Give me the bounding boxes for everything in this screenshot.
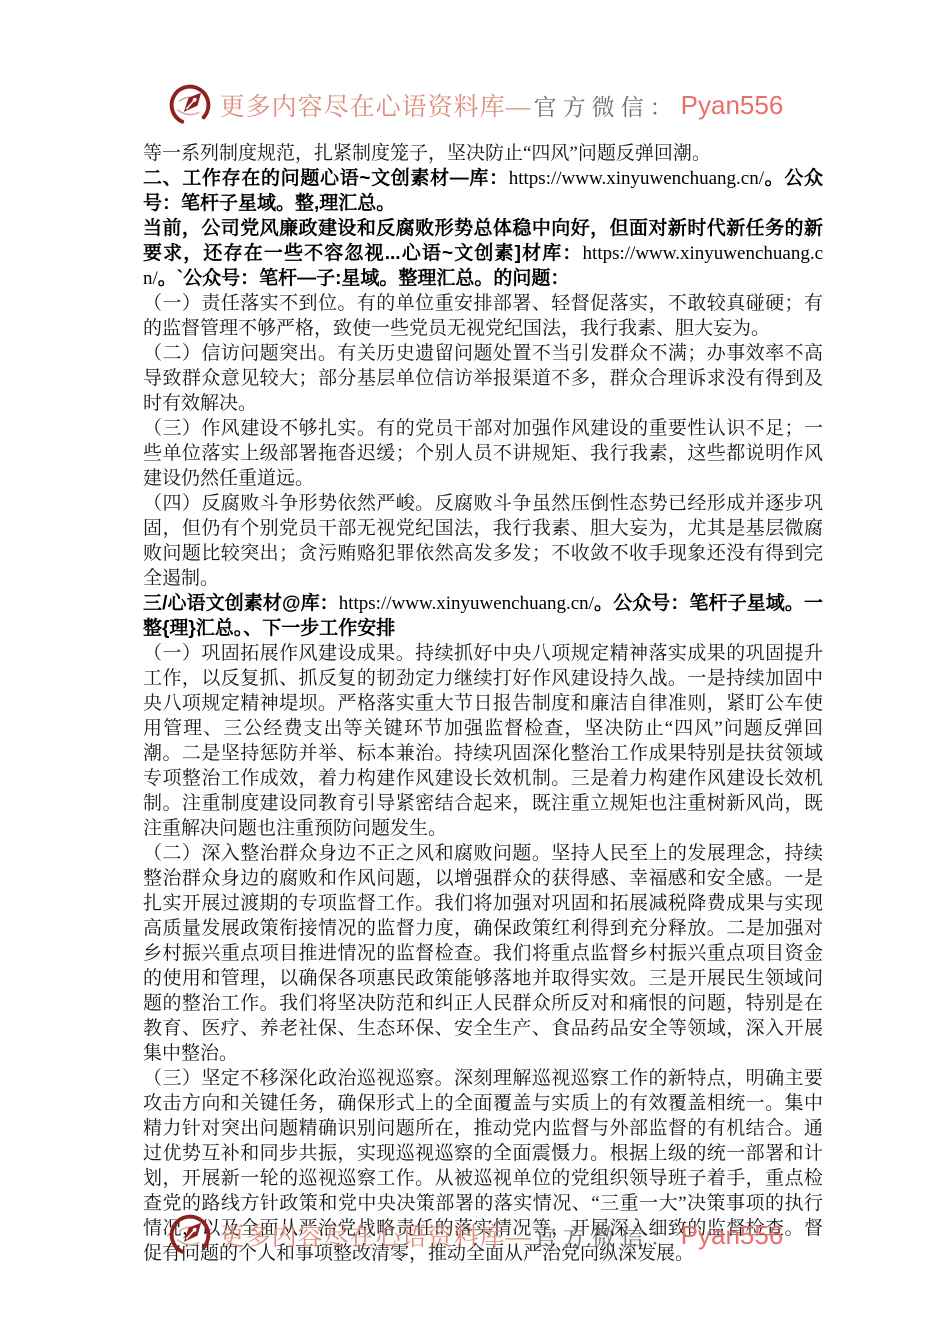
header-watermark: 更多内容尽在心语资料库— 官方微信： Pyan556 (0, 82, 950, 128)
document-page: 更多内容尽在心语资料库— 官方微信： Pyan556 等一系列制度规范，扎紧制度… (0, 0, 950, 1344)
paragraph-problem-1: （一）责任落实不到位。有的单位重安排部署、轻督促落实，不敢较真碰硬；有的监督管理… (143, 291, 823, 341)
watermark-slogan: 更多内容尽在心语资料库— (220, 1217, 532, 1253)
paragraph-plan-1: （一）巩固拓展作风建设成果。持续抓好中央八项规定精神落实成果的巩固提升工作，以反… (143, 641, 823, 841)
paragraph-current-situation: 当前，公司党风廉政建设和反腐败形势总体稳中向好，但面对新时代新任务的新要求，还存… (143, 216, 823, 291)
pen-nib-circle-icon (167, 82, 213, 128)
paragraph-problem-3: （三）作风建设不够扎实。有的党员干部对加强作风建设的重要性认识不足；一些单位落实… (143, 416, 823, 491)
wechat-label: 官方微信： (534, 89, 679, 122)
paragraph-plan-2: （二）深入整治群众身边不正之风和腐败问题。坚持人民至上的发展理念，持续整治群众身… (143, 841, 823, 1066)
paragraph-text-post: 。`公众号：笔杆—子:星域。整理汇总。的问题： (158, 268, 570, 289)
watermark-slogan: 更多内容尽在心语资料库— (220, 87, 532, 123)
url-text: https://www.xinyuwenchuang.cn/ (509, 168, 764, 189)
heading-text-pre: 二、工作存在的问题心语~文创素材—库： (143, 168, 509, 189)
paragraph-problem-2: （二）信访问题突出。有关历史遗留问题处置不当引发群众不满；办事效率不高导致群众意… (143, 341, 823, 416)
paragraph-intro-tail: 等一系列制度规范，扎紧制度笼子，坚决防止“四风”问题反弹回潮。 (143, 141, 823, 166)
wechat-label: 官方微信： (534, 1219, 679, 1252)
section-heading-next-steps: 三/心语文创素材@库：https://www.xinyuwenchuang.cn… (143, 591, 823, 641)
wechat-id: Pyan556 (681, 90, 784, 121)
url-text: https://www.xinyuwenchuang.cn/ (339, 593, 594, 614)
paragraph-problem-4: （四）反腐败斗争形势依然严峻。反腐败斗争虽然压倒性态势已经形成并逐步巩固，但仍有… (143, 491, 823, 591)
wechat-id: Pyan556 (681, 1220, 784, 1251)
pen-nib-circle-icon (167, 1212, 213, 1258)
section-heading-problems: 二、工作存在的问题心语~文创素材—库：https://www.xinyuwenc… (143, 166, 823, 216)
footer-watermark: 更多内容尽在心语资料库— 官方微信： Pyan556 (0, 1212, 950, 1258)
heading-text-pre: 三/心语文创素材@库： (143, 593, 339, 614)
document-body: 等一系列制度规范，扎紧制度笼子，坚决防止“四风”问题反弹回潮。 二、工作存在的问… (143, 141, 823, 1266)
